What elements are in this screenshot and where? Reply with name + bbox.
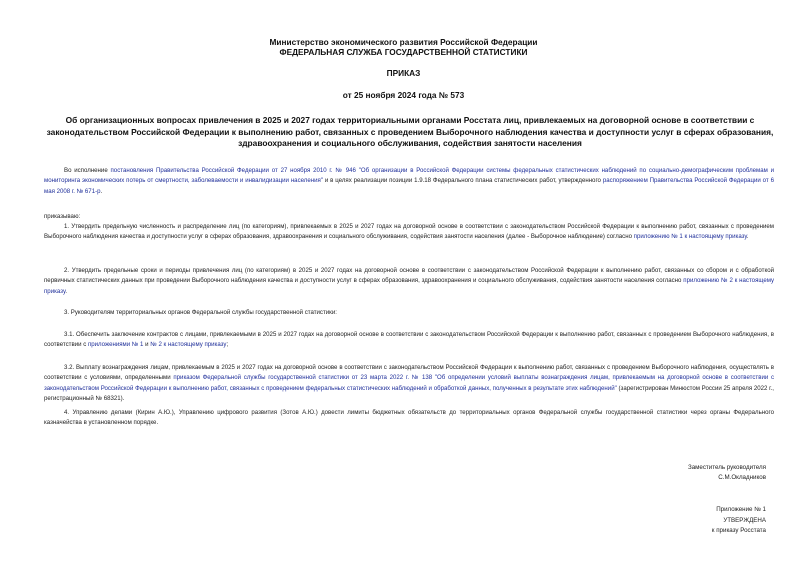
item-3-1: 3.1. Обеспечить заключение контрактов с …: [44, 330, 774, 351]
item-3-1-end: ;: [226, 341, 228, 348]
ministry-name: Министерство экономического развития Рос…: [0, 37, 807, 47]
item-1-end: .: [747, 233, 749, 240]
item-3: 3. Руководителям территориальных органов…: [44, 308, 774, 318]
preamble-text-1: Во исполнение: [64, 167, 111, 174]
document-type: ПРИКАЗ: [0, 68, 807, 78]
signature-position: Заместитель руководителя: [688, 463, 766, 473]
item-2: 2. Утвердить предельные сроки и периоды …: [44, 266, 774, 297]
appendix-label: Приложение № 1: [716, 505, 766, 515]
item-2-end: .: [65, 288, 67, 295]
preamble-text-3: .: [101, 188, 103, 195]
agency-name: ФЕДЕРАЛЬНАЯ СЛУЖБА ГОСУДАРСТВЕННОЙ СТАТИ…: [0, 47, 807, 57]
preamble: Во исполнение постановления Правительств…: [44, 166, 774, 197]
link-appendix-1[interactable]: приложению № 1 к настоящему приказу: [634, 233, 747, 240]
item-1: 1. Утвердить предельную численность и ра…: [44, 222, 774, 243]
appendix-reference: к приказу Росстата: [712, 526, 766, 536]
item-4: 4. Управлению делами (Кирин А.Ю.), Управ…: [44, 408, 774, 429]
document-page: Министерство экономического развития Рос…: [0, 0, 807, 571]
document-title: Об организационных вопросах привлечения …: [44, 115, 776, 150]
link-appendix-2-ref[interactable]: № 2 к настоящему приказу: [150, 341, 226, 348]
item-2-text: 2. Утвердить предельные сроки и периоды …: [44, 267, 774, 284]
document-date-number: от 25 ноября 2024 года № 573: [0, 90, 807, 100]
preamble-text-2: и в целях реализации позиции 1.9.18 Феде…: [323, 177, 603, 184]
signature-name: С.М.Окладников: [718, 473, 766, 483]
link-appendices-1[interactable]: приложениями № 1: [88, 341, 143, 348]
appendix-approved: УТВЕРЖДЕНА: [723, 516, 766, 526]
order-word: приказываю:: [44, 212, 774, 222]
item-3-2: 3.2. Выплату вознаграждения лицам, привл…: [44, 363, 774, 404]
